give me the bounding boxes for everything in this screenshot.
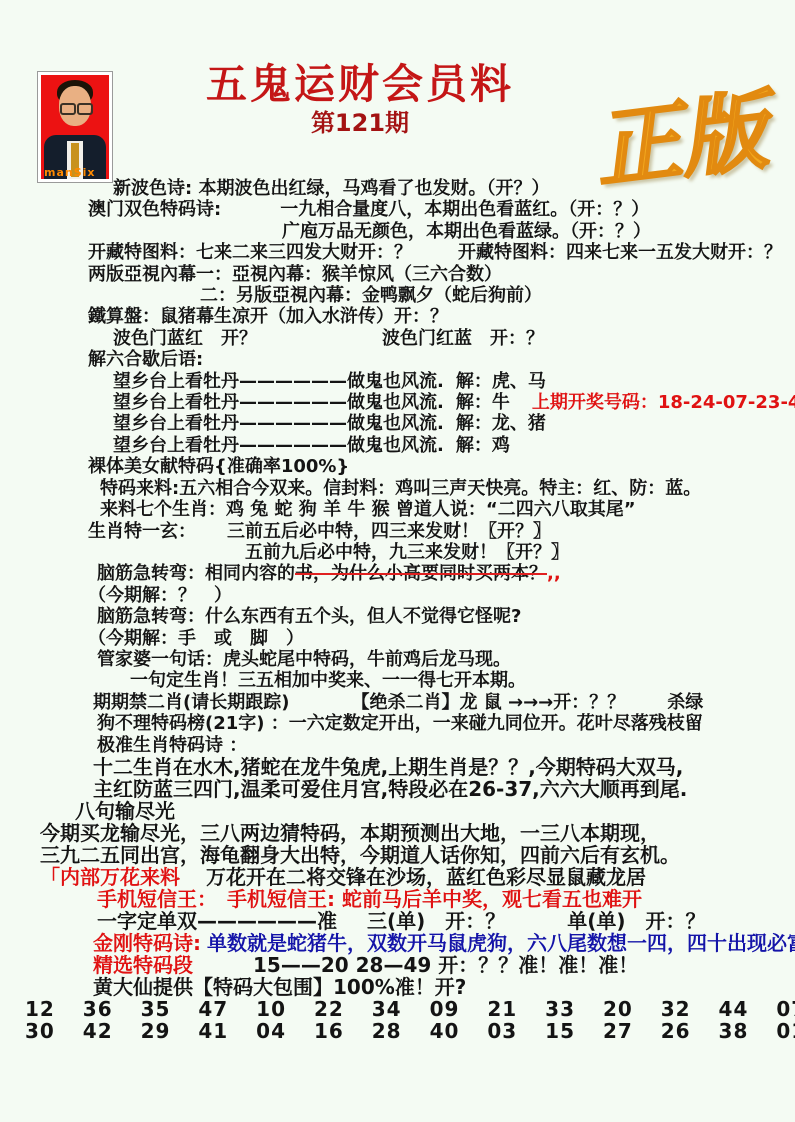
- text-segment: 脑筋急转弯：什么东西有五个头，但人不觉得它怪呢?: [97, 606, 521, 627]
- doc-line: 鐵算盤：鼠猪幕生凉开（加入水浒传）开：？: [0, 306, 795, 327]
- text-segment: 一九相合量度八，本期出色看蓝红。（开：？）: [280, 199, 649, 220]
- page-title: 五鬼运财会员料: [120, 60, 600, 108]
- doc-line: 精选特码段15——20 28—49 开：？？准！准！准！: [0, 954, 795, 976]
- text-segment: 单(单) 开：？: [567, 909, 705, 933]
- text-segment: 新波色诗: 本期波色出红绿，马鸡看了也发财。（开？）: [113, 178, 549, 199]
- text-segment: 三前五后必中特，四三来发财！〖开？〗: [227, 521, 551, 542]
- doc-line: 脑筋急转弯：相同内容的书，为什么小高要同时买两本？,,: [0, 563, 795, 584]
- doc-line: 广庖万品无颜色，本期出色看蓝绿。（开：？）: [0, 221, 795, 242]
- text-segment: 手机短信王：: [97, 887, 217, 911]
- text-segment: 五前九后必中特，九三来发财！〖开？〗: [245, 542, 569, 563]
- doc-line: 二：另版亞視內幕：金鸭飘夕（蛇后狗前）: [0, 285, 795, 306]
- text-segment: 主红防蓝三四门,温柔可爱住月宫,特段必在26-37,六六大顺再到尾.: [93, 777, 687, 801]
- text-segment: 杀绿: [667, 692, 703, 713]
- text-segment: 黄大仙提供【特码大包围】100%准！开?: [93, 975, 466, 999]
- text-segment: 开藏特图料：七来二来三四发大财开：？: [88, 242, 412, 263]
- text-segment: ,,: [547, 563, 561, 584]
- text-segment: 开藏特图料：四来七来一五发大财开：？: [458, 242, 782, 263]
- text-segment: 三九二五同出宫，海龟翻身大出特，今期道人话你知，四前六后有玄机。: [40, 843, 680, 867]
- doc-line: 生肖特一玄：三前五后必中特，四三来发财！〖开？〗: [0, 521, 795, 542]
- doc-line: 主红防蓝三四门,温柔可爱住月宫,特段必在26-37,六六大顺再到尾.: [0, 778, 795, 800]
- text-segment: 望乡台上看牡丹——————做鬼也风流.: [113, 371, 444, 392]
- doc-line: 特码来料:五六相合今双来。信封料：鸡叫三声天快亮。特主：红、防：蓝。: [0, 478, 795, 499]
- doc-line: 金刚特码诗:单数就是蛇猪牛，双数开马鼠虎狗，六八尾数想一四，四十出现必富贵。: [0, 932, 795, 954]
- doc-line: 黄大仙提供【特码大包围】100%准！开?: [0, 976, 795, 998]
- text-segment: 十二生肖在水木,猪蛇在龙牛兔虎,上期生肖是？？,今期特码大双马,: [93, 755, 683, 779]
- text-segment: 来料七个生肖：鸡 兔 蛇 狗 羊 牛 猴 曾道人说：“二四六八取其尾”: [100, 499, 636, 520]
- issue-number: 第121期: [120, 108, 600, 138]
- text-segment: 三(单) 开：？: [367, 909, 505, 933]
- text-segment: 二：另版亞視內幕：金鸭飘夕（蛇后狗前）: [200, 285, 542, 306]
- text-segment: 望乡台上看牡丹——————做鬼也风流.: [113, 435, 444, 456]
- doc-line: 一句定生肖！三五相加中奖来、一一得七开本期。: [0, 670, 795, 691]
- text-segment: 上期开奖号码：18-24-07-23-48-20+06: [532, 392, 795, 413]
- portrait-glasses-icon: [77, 103, 93, 115]
- text-segment: 金刚特码诗:: [93, 931, 201, 955]
- document-body: 新波色诗: 本期波色出红绿，马鸡看了也发财。（开？）澳门双色特码诗:一九相合量度…: [0, 178, 795, 1042]
- doc-line: 十二生肖在水木,猪蛇在龙牛兔虎,上期生肖是？？,今期特码大双马,: [0, 756, 795, 778]
- text-segment: （今期解：手 或 脚 ）: [88, 628, 304, 649]
- text-segment: 书，为什么小高要同时买两本？: [295, 563, 547, 584]
- text-segment: 澳门双色特码诗:: [88, 199, 221, 220]
- lottery-tip-sheet: manSix 五鬼运财会员料 第121期 正版 新波色诗: 本期波色出红绿，马鸡…: [0, 0, 795, 1122]
- doc-line: 来料七个生肖：鸡 兔 蛇 狗 羊 牛 猴 曾道人说：“二四六八取其尾”: [0, 499, 795, 520]
- text-segment: （今期解：？ ）: [88, 585, 232, 606]
- text-segment: 特码来料:五六相合今双来。信封料：鸡叫三声天快亮。特主：红、防：蓝。: [100, 478, 701, 499]
- text-segment: 广庖万品无颜色，本期出色看蓝绿。（开：？）: [282, 221, 651, 242]
- text-segment: 15——20 28—49 开：？？准！准！准！: [253, 953, 638, 977]
- doc-line: （今期解：？ ）: [0, 585, 795, 606]
- text-segment: 期期禁二肖(请长期跟踪): [93, 692, 289, 713]
- doc-line: 两版亞視內幕一：亞視內幕：猴羊惊风（三六合数）: [0, 264, 795, 285]
- text-segment: 解六合歇后语:: [88, 349, 203, 370]
- doc-line: 12 36 35 47 10 22 34 09 21 33 20 32 44 0…: [0, 998, 795, 1020]
- text-segment: 八句输尽光: [75, 799, 175, 823]
- doc-line: 期期禁二肖(请长期跟踪)【绝杀二肖】龙 鼠 →→→开：？？杀绿: [0, 692, 795, 713]
- text-segment: 解：鸡: [456, 435, 510, 456]
- text-segment: 管家婆一句话：虎头蛇尾中特码，牛前鸡后龙马现。: [97, 649, 511, 670]
- text-segment: 狗不理特码榜(21字) ：一六定数定开出，一来碰九同位开。花叶尽落残枝留: [97, 713, 703, 734]
- text-segment: 万花开在二将交锋在沙场，蓝红色彩尽显鼠藏龙居: [206, 865, 646, 889]
- master-portrait-photo: manSix: [38, 72, 112, 182]
- text-segment: 一句定生肖！三五相加中奖来、一一得七开本期。: [130, 670, 526, 691]
- doc-line: 手机短信王：手机短信王: 蛇前马后羊中奖，观七看五也难开: [0, 888, 795, 910]
- doc-line: 望乡台上看牡丹——————做鬼也风流.解：鸡: [0, 435, 795, 456]
- doc-line: 三九二五同出宫，海龟翻身大出特，今期道人话你知，四前六后有玄机。: [0, 844, 795, 866]
- text-segment: 精选特码段: [93, 953, 193, 977]
- text-segment: 望乡台上看牡丹——————做鬼也风流.: [113, 413, 444, 434]
- doc-line: 五前九后必中特，九三来发财！〖开？〗: [0, 542, 795, 563]
- doc-line: 望乡台上看牡丹——————做鬼也风流.解：龙、猪: [0, 413, 795, 434]
- doc-line: 波色门蓝红 开？波色门红蓝 开：？: [0, 328, 795, 349]
- text-segment: 鐵算盤：鼠猪幕生凉开（加入水浒传）开：？: [88, 306, 448, 327]
- text-segment: 解：牛: [456, 392, 510, 413]
- doc-line: 今期买龙输尽光，三八两边猜特码，本期预测出大地，一三八本期现，: [0, 822, 795, 844]
- doc-line: 新波色诗: 本期波色出红绿，马鸡看了也发财。（开？）: [0, 178, 795, 199]
- text-segment: 30 42 29 41 04 16 28 40 03 15 27 26 38 0…: [25, 1019, 795, 1043]
- doc-line: 脑筋急转弯：什么东西有五个头，但人不觉得它怪呢?: [0, 606, 795, 627]
- doc-line: 「内部万花来料万花开在二将交锋在沙场，蓝红色彩尽显鼠藏龙居: [0, 866, 795, 888]
- doc-line: 裸体美女献特码{准确率100%}: [0, 456, 795, 477]
- doc-line: 狗不理特码榜(21字) ：一六定数定开出，一来碰九同位开。花叶尽落残枝留: [0, 713, 795, 734]
- text-segment: 生肖特一玄：: [88, 521, 196, 542]
- doc-line: 望乡台上看牡丹——————做鬼也风流.解：牛上期开奖号码：18-24-07-23…: [0, 392, 795, 413]
- doc-line: 管家婆一句话：虎头蛇尾中特码，牛前鸡后龙马现。: [0, 649, 795, 670]
- doc-line: （今期解：手 或 脚 ）: [0, 628, 795, 649]
- text-segment: 今期买龙输尽光，三八两边猜特码，本期预测出大地，一三八本期现，: [40, 821, 660, 845]
- title-block: 五鬼运财会员料 第121期: [120, 60, 600, 138]
- portrait-glasses-icon: [60, 103, 76, 115]
- header: manSix 五鬼运财会员料 第121期 正版: [0, 60, 795, 178]
- text-segment: 解：龙、猪: [456, 413, 546, 434]
- text-segment: 一字定单双——————准: [97, 909, 337, 933]
- doc-line: 极准生肖特码诗 ：: [0, 735, 795, 756]
- text-segment: 解：虎、马: [456, 371, 546, 392]
- text-segment: 极准生肖特码诗 ：: [97, 735, 247, 756]
- doc-line: 30 42 29 41 04 16 28 40 03 15 27 26 38 0…: [0, 1020, 795, 1042]
- text-segment: 单数就是蛇猪牛，双数开马鼠虎狗，六八尾数想一四，四十出现必富贵。: [207, 931, 795, 955]
- doc-line: 望乡台上看牡丹——————做鬼也风流.解：虎、马: [0, 371, 795, 392]
- text-segment: 两版亞視內幕一：亞視內幕：猴羊惊风（三六合数）: [88, 264, 502, 285]
- text-segment: 波色门蓝红 开？: [113, 328, 257, 349]
- doc-line: 澳门双色特码诗:一九相合量度八，本期出色看蓝红。（开：？）: [0, 199, 795, 220]
- text-segment: 望乡台上看牡丹——————做鬼也风流.: [113, 392, 444, 413]
- doc-line: 解六合歇后语:: [0, 349, 795, 370]
- text-segment: 脑筋急转弯：相同内容的: [97, 563, 295, 584]
- text-segment: 【绝杀二肖】龙 鼠 →→→开：？？: [351, 692, 625, 713]
- doc-line: 开藏特图料：七来二来三四发大财开：？开藏特图料：四来七来一五发大财开：？: [0, 242, 795, 263]
- text-segment: 裸体美女献特码{准确率100%}: [88, 456, 349, 477]
- doc-line: 一字定单双——————准三(单) 开：？单(单) 开：？: [0, 910, 795, 932]
- text-segment: 「内部万花来料: [40, 865, 180, 889]
- text-segment: 手机短信王: 蛇前马后羊中奖，观七看五也难开: [227, 887, 642, 911]
- doc-line: 八句输尽光: [0, 800, 795, 822]
- text-segment: 12 36 35 47 10 22 34 09 21 33 20 32 44 0…: [25, 997, 795, 1021]
- text-segment: 波色门红蓝 开：？: [382, 328, 544, 349]
